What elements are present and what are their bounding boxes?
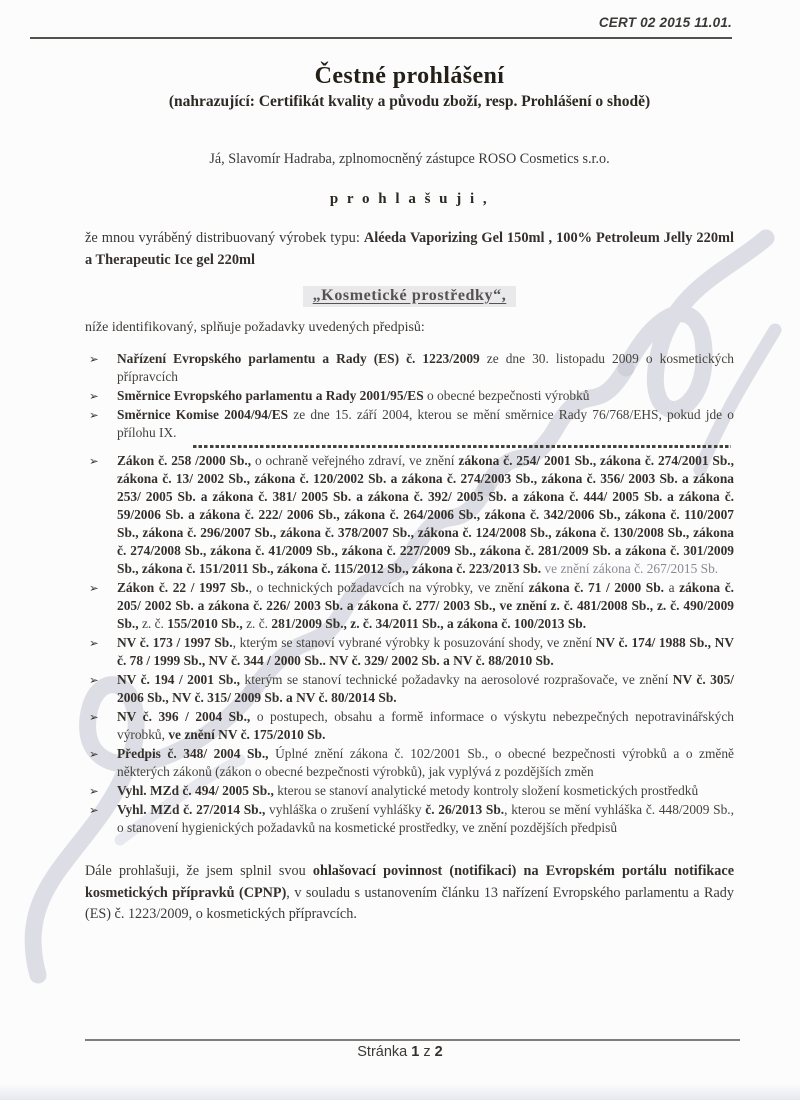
- regulation-text: Vyhl. MZd č. 494/ 2005 Sb., kterou se st…: [117, 782, 734, 800]
- list-item: ➢ Směrnice Komise 2004/94/ES ze dne 15. …: [85, 406, 734, 442]
- arrow-bullet-icon: ➢: [85, 352, 117, 388]
- arrow-bullet-icon: ➢: [85, 636, 117, 672]
- dashed-divider: [193, 445, 731, 448]
- list-item: ➢ NV č. 194 / 2001 Sb., kterým se stanov…: [85, 671, 734, 707]
- arrow-bullet-icon: ➢: [85, 581, 117, 635]
- list-item: ➢ Předpis č. 348/ 2004 Sb., Úplné znění …: [85, 745, 734, 781]
- arrow-bullet-icon: ➢: [85, 454, 117, 580]
- list-lead-in: níže identifikovaný, splňuje požadavky u…: [85, 320, 734, 336]
- product-statement: že mnou vyráběný distribuovaný výrobek t…: [85, 228, 734, 271]
- page-title: Čestné prohlášení: [85, 63, 734, 90]
- regulation-text: NV č. 194 / 2001 Sb., kterým se stanoví …: [117, 671, 734, 707]
- arrow-bullet-icon: ➢: [85, 710, 117, 746]
- document-page: CERT 02 2015 11.01. Čestné prohlášení (n…: [0, 0, 800, 1100]
- list-item: ➢ Směrnice Evropského parlamentu a Rady …: [85, 387, 734, 405]
- regulation-text: NV č. 396 / 2004 Sb., o postupech, obsah…: [117, 708, 734, 744]
- arrow-bullet-icon: ➢: [85, 408, 117, 444]
- arrow-bullet-icon: ➢: [85, 389, 117, 407]
- list-item: ➢ Vyhl. MZd č. 27/2014 Sb., vyhláška o z…: [85, 801, 734, 837]
- category-heading: „Kosmetické prostředky“,: [303, 286, 517, 307]
- regulation-text: Zákon č. 258 /2000 Sb., o ochraně veřejn…: [117, 452, 734, 578]
- footer-rule: [85, 1039, 740, 1041]
- arrow-bullet-icon: ➢: [85, 803, 117, 839]
- list-item: ➢ NV č. 396 / 2004 Sb., o postupech, obs…: [85, 708, 734, 744]
- regulation-text: Směrnice Evropského parlamentu a Rady 20…: [117, 387, 734, 405]
- page-number: Stránka 1 z 2: [0, 1044, 800, 1060]
- arrow-bullet-icon: ➢: [85, 747, 117, 783]
- declarant-line: Já, Slavomír Hadraba, zplnomocněný zástu…: [85, 151, 734, 168]
- arrow-bullet-icon: ➢: [85, 673, 117, 709]
- regulation-text: NV č. 173 / 1997 Sb., kterým se stanoví …: [117, 634, 734, 670]
- declaration-word: p r o h l a š u j i ,: [85, 191, 734, 208]
- eu-regulations-list: ➢ Nařízení Evropského parlamentu a Rady …: [85, 350, 734, 442]
- arrow-bullet-icon: ➢: [85, 784, 117, 802]
- regulation-text: Nařízení Evropského parlamentu a Rady (E…: [117, 350, 734, 386]
- list-item: ➢ Vyhl. MZd č. 494/ 2005 Sb., kterou se …: [85, 782, 734, 800]
- regulation-text: Vyhl. MZd č. 27/2014 Sb., vyhláška o zru…: [117, 801, 734, 837]
- page-subtitle: (nahrazující: Certifikát kvality a původ…: [85, 93, 734, 111]
- category-heading-wrap: „Kosmetické prostředky“,: [85, 286, 734, 307]
- list-item: ➢ Zákon č. 22 / 1997 Sb., o technických …: [85, 579, 734, 633]
- regulation-text: Směrnice Komise 2004/94/ES ze dne 15. zá…: [117, 406, 734, 442]
- cpnp-closing-statement: Dále prohlašuji, že jsem splnil svou ohl…: [85, 861, 734, 925]
- list-item: ➢ NV č. 173 / 1997 Sb., kterým se stanov…: [85, 634, 734, 670]
- list-item: ➢ Nařízení Evropského parlamentu a Rady …: [85, 350, 734, 386]
- regulation-text: Předpis č. 348/ 2004 Sb., Úplné znění zá…: [117, 745, 734, 781]
- cz-regulations-list: ➢ Zákon č. 258 /2000 Sb., o ochraně veře…: [85, 452, 734, 838]
- document-body: Čestné prohlášení (nahrazující: Certifik…: [85, 0, 734, 940]
- regulation-text: Zákon č. 22 / 1997 Sb., o technických po…: [117, 579, 734, 633]
- list-item: ➢ Zákon č. 258 /2000 Sb., o ochraně veře…: [85, 452, 734, 578]
